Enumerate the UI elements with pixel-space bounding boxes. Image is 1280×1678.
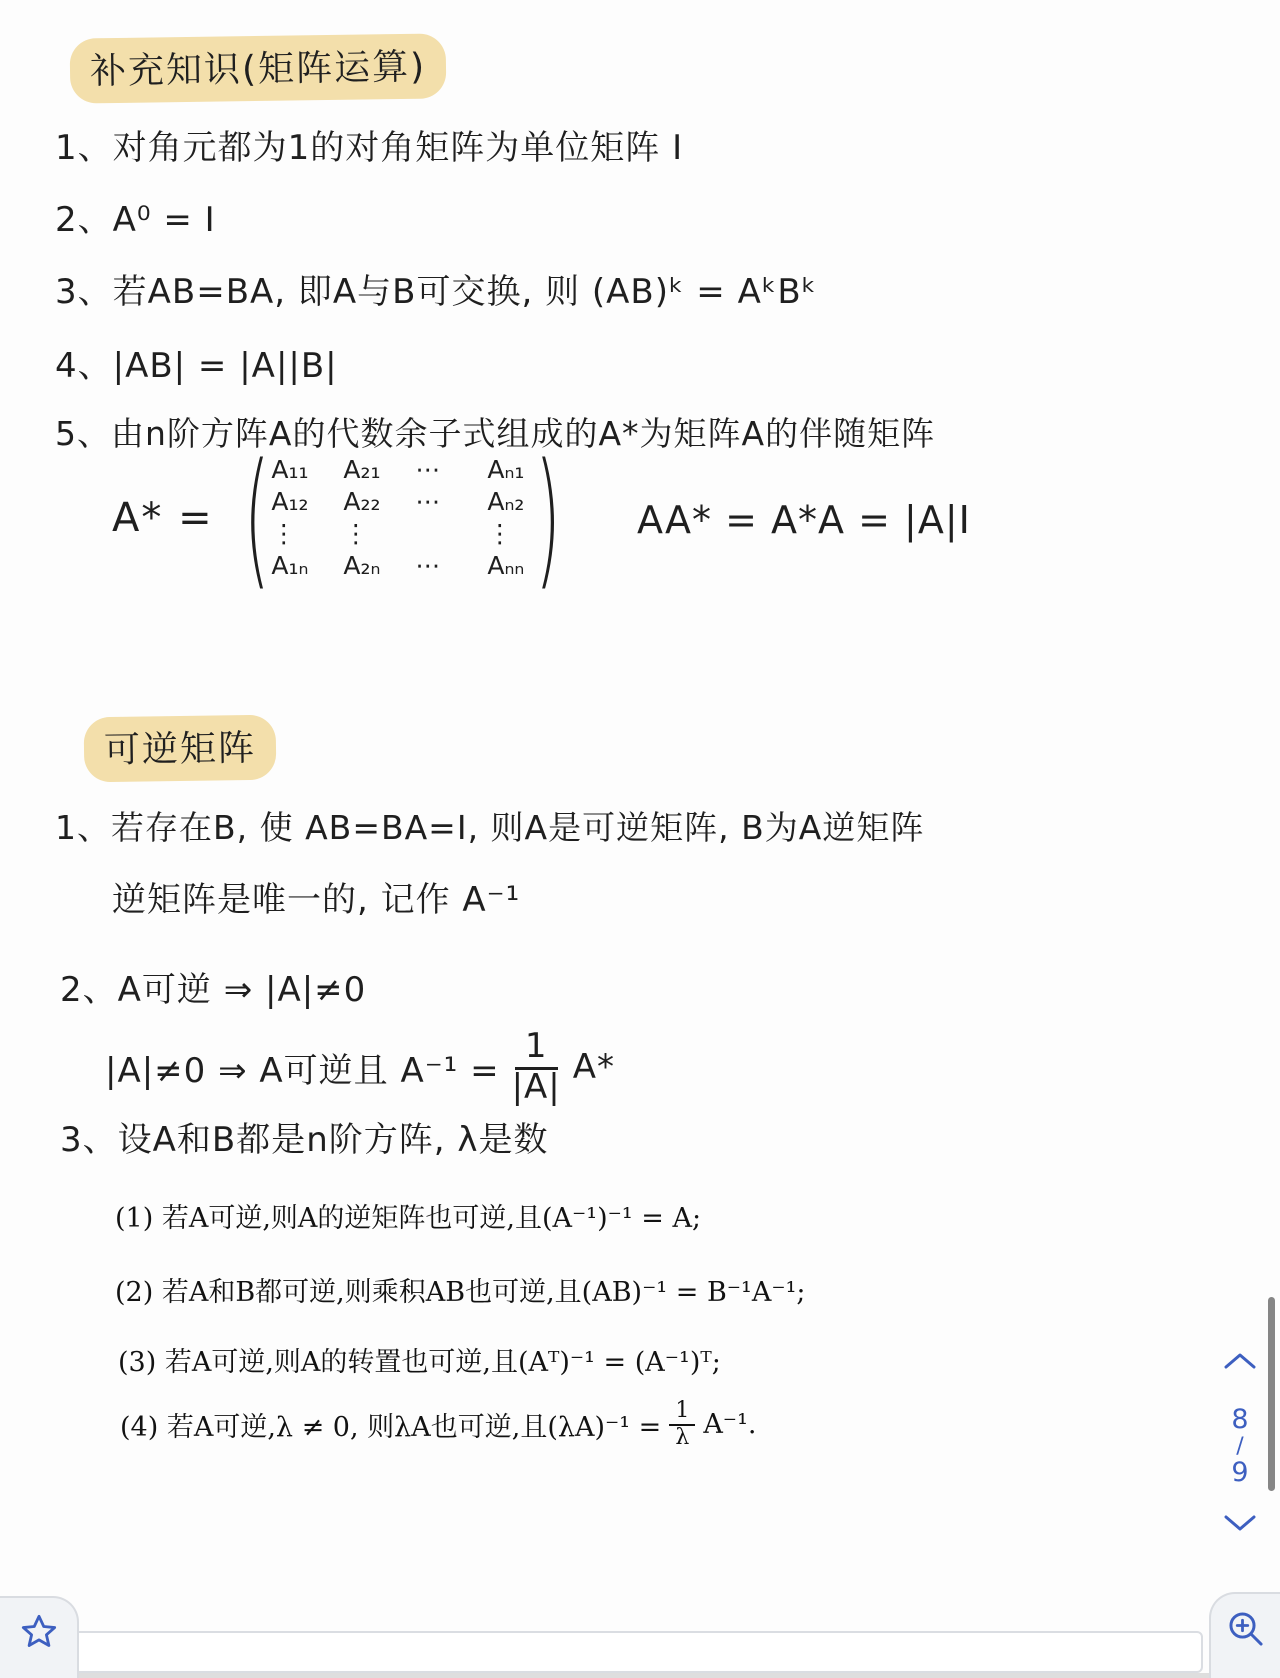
note-page: 补充知识(矩阵运算) 1、对角元都为1的对角矩阵为单位矩阵 I 2、A⁰ = I… [0, 0, 1280, 1678]
note-line: 4、|AB| = |A||B| [55, 338, 338, 387]
star-icon[interactable] [19, 1612, 59, 1652]
matrix-grid: A₁₁ A₂₁ ⋯ Aₙ₁ A₁₂ A₂₂ ⋯ Aₙ₂ ⋮ ⋮ ⋮ A₁ₙ A₂… [271, 454, 533, 582]
page-separator: / [1236, 1435, 1243, 1458]
matrix-cell: A₂₁ [343, 454, 389, 486]
matrix-cell: A₂ₙ [343, 550, 389, 582]
note-line: 逆矩阵是唯一的, 记作 A⁻¹ [112, 872, 520, 921]
printed-property: (1) 若A可逆,则A的逆矩阵也可逆,且(A⁻¹)⁻¹ = A; [115, 1196, 701, 1235]
inverse-formula-line: |A|≠0 ⇒ A可逆且 A⁻¹ = 1 |A| A* [105, 1032, 615, 1102]
matrix-cell: ⋯ [415, 454, 461, 486]
matrix-cell: ⋮ [271, 518, 317, 550]
matrix-cell: Aₙ₂ [487, 486, 533, 518]
matrix-cell: ⋮ [343, 518, 389, 550]
matrix-cell: A₁₂ [271, 486, 317, 518]
page-up-icon[interactable] [1223, 1352, 1257, 1370]
favorite-button[interactable] [0, 1596, 79, 1678]
formula-pre: |A|≠0 ⇒ A可逆且 A⁻¹ = [105, 1043, 500, 1092]
fraction: 1 λ [669, 1399, 695, 1448]
matrix-lhs: A* = [112, 495, 214, 541]
fraction-numerator: 1 [515, 1029, 558, 1070]
matrix-cell: Aₙₙ [487, 550, 533, 582]
note-line: 2、A可逆 ⇒ |A|≠0 [60, 962, 366, 1011]
note-line: 3、设A和B都是n阶方阵, λ是数 [60, 1112, 549, 1161]
printed-property-4: (4) 若A可逆,λ ≠ 0, 则λA也可逆,且(λA)⁻¹ = 1 λ A⁻¹… [120, 1398, 756, 1450]
section1-title-highlighted: 补充知识(矩阵运算) [70, 33, 447, 103]
section2-title-highlighted: 可逆矩阵 [84, 715, 277, 783]
bottom-scrubber-bar[interactable] [30, 1631, 1203, 1673]
matrix-cell: ⋯ [415, 486, 461, 518]
fraction: 1 |A| [512, 1029, 561, 1105]
matrix-cell: ⋯ [415, 550, 461, 582]
bottom-edge-divider [0, 1673, 1280, 1678]
fraction-denominator: |A| [512, 1070, 561, 1106]
formula-post: A⁻¹. [703, 1409, 756, 1440]
fraction-denominator: λ [675, 1426, 689, 1449]
note-line: 2、A⁰ = I [55, 192, 216, 241]
printed-property: (3) 若A可逆,则A的转置也可逆,且(Aᵀ)⁻¹ = (A⁻¹)ᵀ; [118, 1340, 721, 1379]
note-line: 1、对角元都为1的对角矩阵为单位矩阵 I [55, 120, 683, 169]
formula-pre: (4) 若A可逆,λ ≠ 0, 则λA也可逆,且(λA)⁻¹ = [120, 1405, 661, 1444]
printed-property: (2) 若A和B都可逆,则乘积AB也可逆,且(AB)⁻¹ = B⁻¹A⁻¹; [115, 1270, 806, 1309]
vertical-scrollbar-thumb[interactable] [1268, 1297, 1275, 1491]
page-down-icon[interactable] [1223, 1514, 1257, 1532]
matrix-cell: Aₙ₁ [487, 454, 533, 486]
current-page-number: 8 [1231, 1406, 1248, 1434]
note-line: 1、若存在B, 使 AB=BA=I, 则A是可逆矩阵, B为A逆矩阵 [55, 802, 924, 849]
total-page-number: 9 [1231, 1459, 1248, 1487]
adjugate-matrix-equation: A* = ( A₁₁ A₂₁ ⋯ Aₙ₁ A₁₂ A₂₂ ⋯ Aₙ₂ ⋮ ⋮ ⋮… [112, 448, 577, 588]
formula-post: A* [573, 1047, 615, 1087]
page-navigator: 8 / 9 [1216, 1352, 1264, 1532]
magnifier-plus-icon[interactable] [1225, 1608, 1267, 1650]
matrix-cell: A₁ₙ [271, 550, 317, 582]
matrix-cell: A₁₁ [271, 454, 317, 486]
fraction-numerator: 1 [669, 1399, 695, 1425]
matrix-cell: A₂₂ [343, 486, 389, 518]
note-line: 3、若AB=BA, 即A与B可交换, 则 (AB)ᵏ = AᵏBᵏ [55, 264, 817, 313]
matrix-cell: ⋮ [487, 518, 533, 550]
adjugate-identity-formula: AA* = A*A = |A|I [637, 498, 971, 542]
matrix-paren-right: ) [535, 448, 561, 588]
matrix-cell [415, 518, 461, 550]
matrix-paren-left: ( [243, 448, 269, 588]
zoom-button[interactable] [1209, 1592, 1280, 1678]
